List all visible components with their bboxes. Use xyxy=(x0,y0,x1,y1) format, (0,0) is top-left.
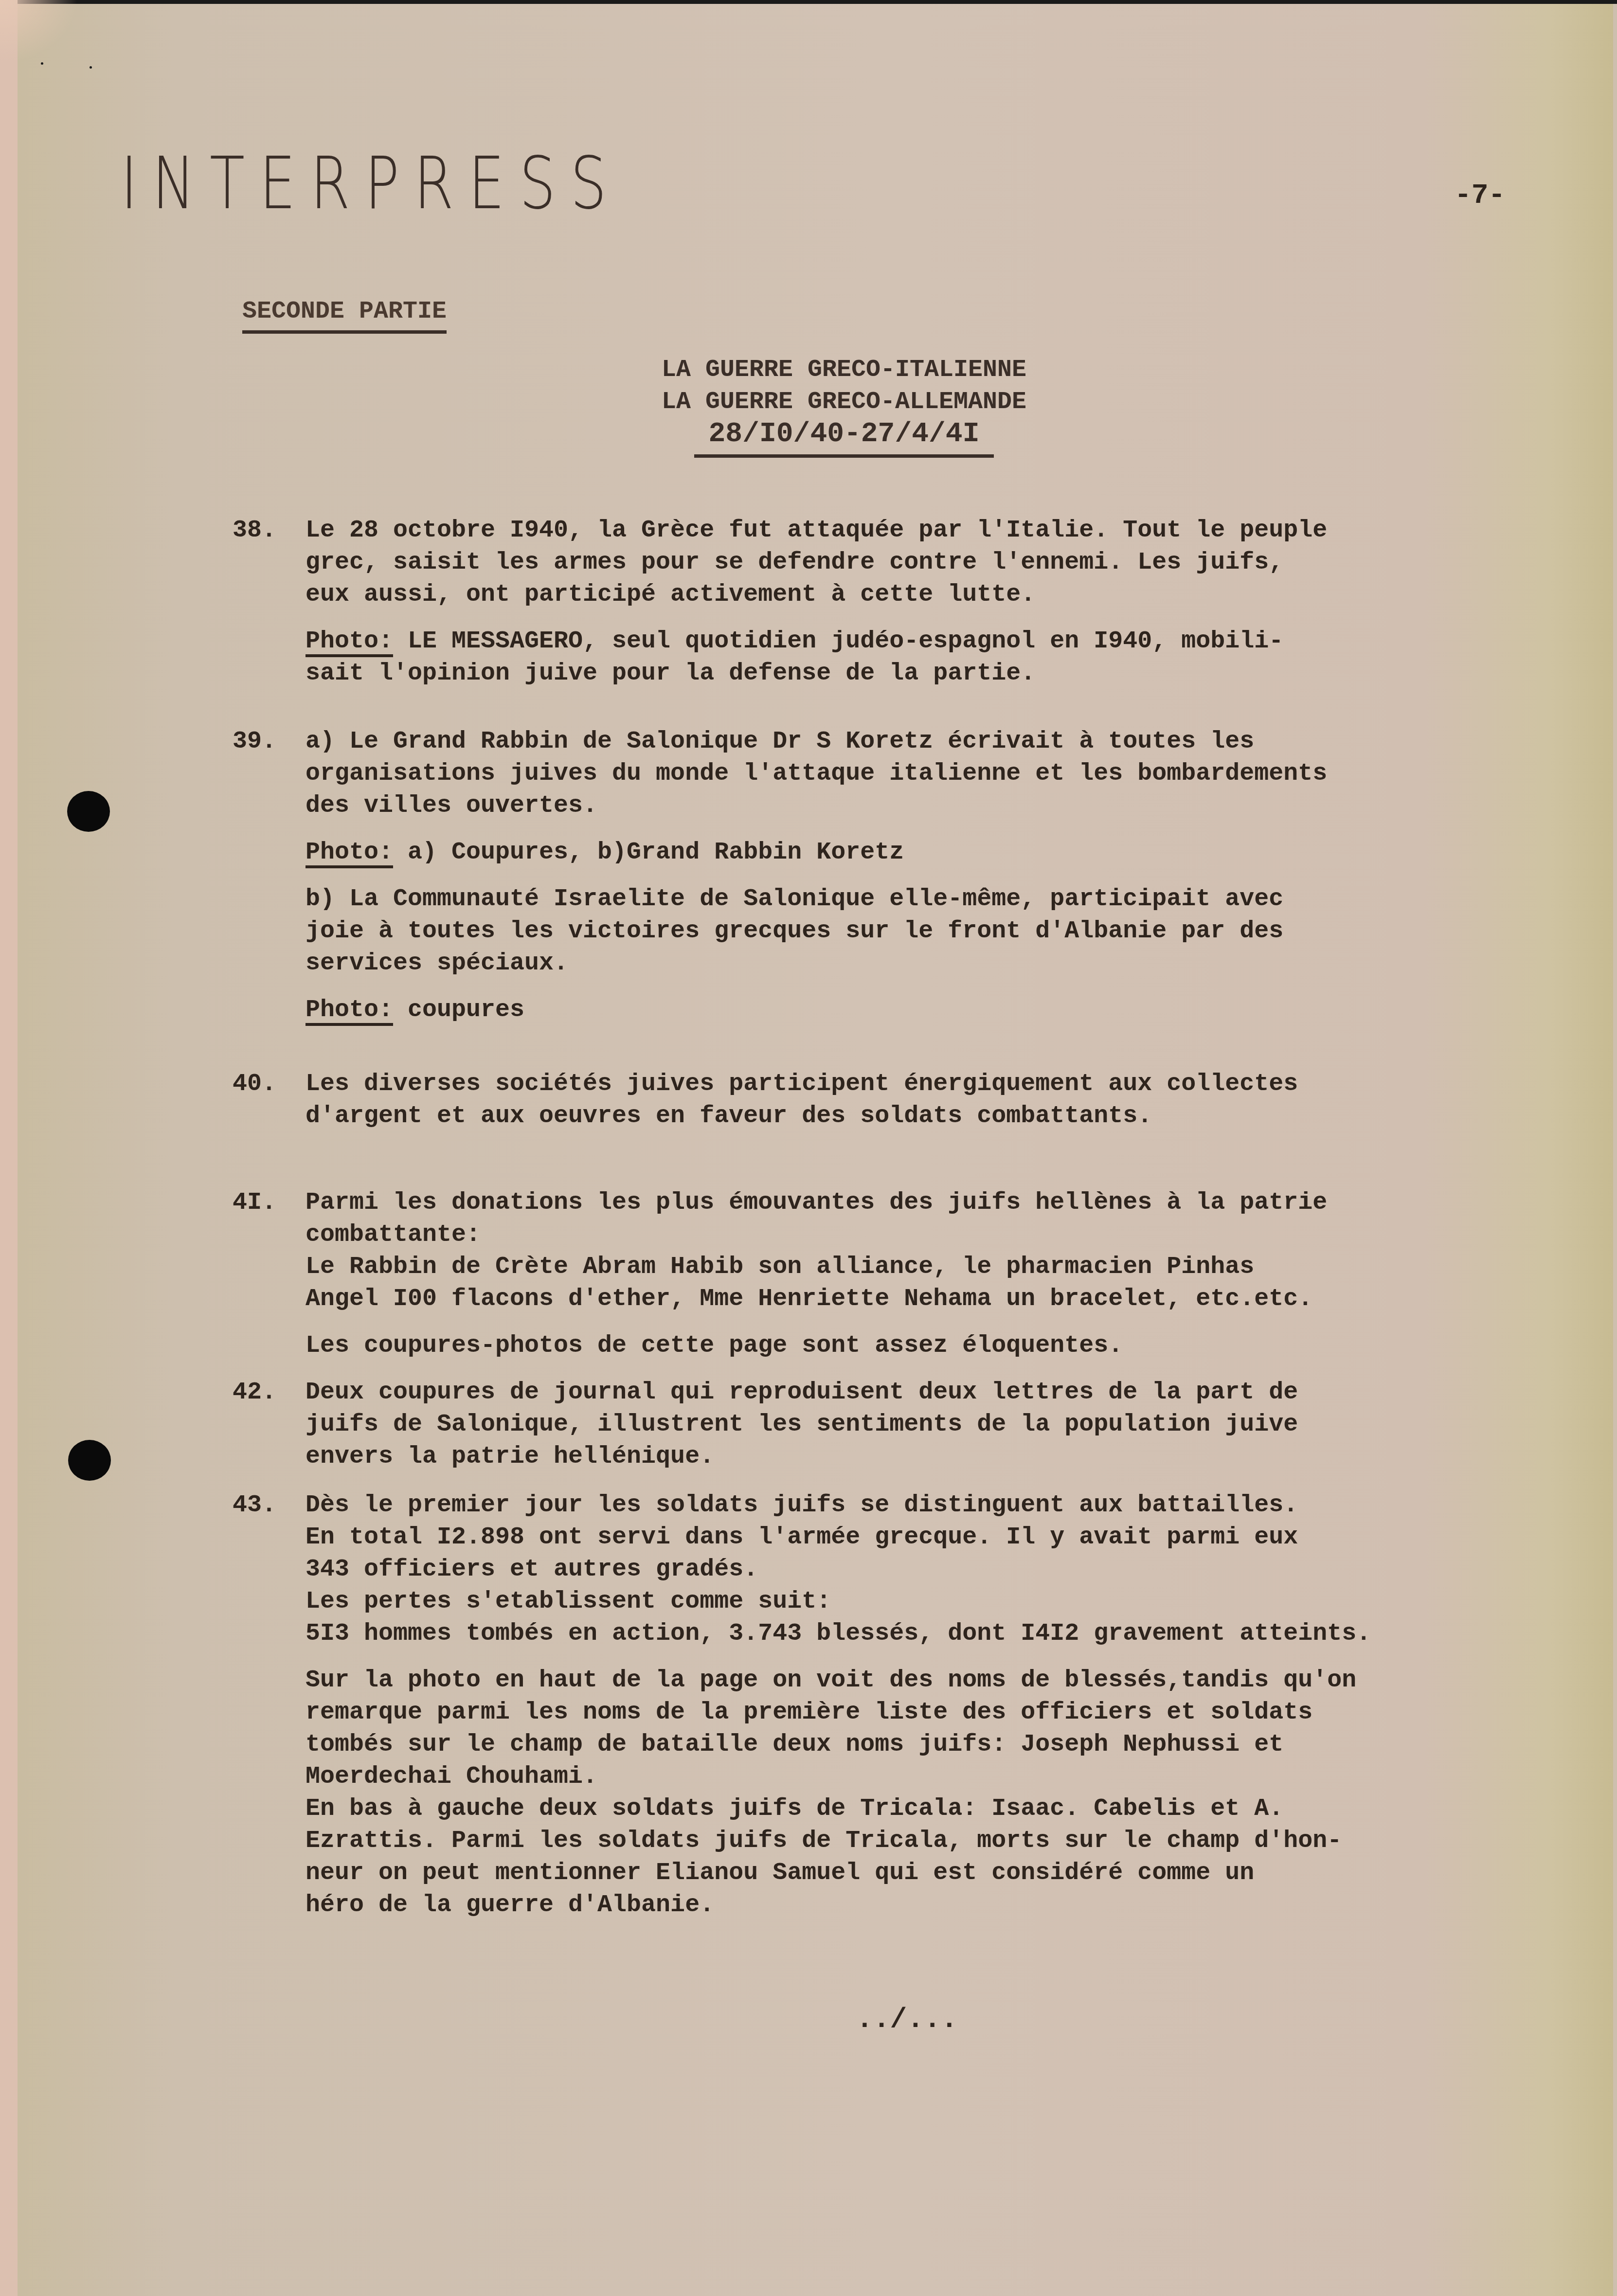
list-item: 39.a) Le Grand Rabbin de Salonique Dr S … xyxy=(233,726,1575,1026)
item-paragraph: Les diverses sociétés juives participent… xyxy=(305,1068,1575,1132)
paragraph-text: Parmi les donations les plus émouvantes … xyxy=(305,1189,1327,1313)
list-item: 40.Les diverses sociétés juives particip… xyxy=(233,1068,1575,1132)
chapter-title: LA GUERRE GRECO-ITALIENNE LA GUERRE GREC… xyxy=(625,354,1063,458)
binder-hole-icon xyxy=(67,791,110,832)
paragraph-text: a) Coupures, b)Grand Rabbin Koretz xyxy=(393,839,904,866)
item-number: 39. xyxy=(233,726,276,758)
item-number: 40. xyxy=(233,1068,276,1100)
photo-label: Photo: xyxy=(305,839,393,866)
item-paragraph: Sur la photo en haut de la page on voit … xyxy=(305,1665,1575,1921)
paragraph-text: Les coupures-photos de cette page sont a… xyxy=(305,1332,1123,1360)
paragraph-text: Dès le premier jour les soldats juifs se… xyxy=(305,1491,1371,1648)
paragraph-text: Les diverses sociétés juives participent… xyxy=(305,1070,1298,1130)
item-paragraph: Parmi les donations les plus émouvantes … xyxy=(305,1187,1575,1315)
photo-label: Photo: xyxy=(305,996,393,1024)
continuation-mark: ../... xyxy=(856,2004,958,2036)
title-line-1: LA GUERRE GRECO-ITALIENNE xyxy=(625,354,1063,386)
section-label: SECONDE PARTIE xyxy=(242,298,447,325)
list-item: 4I.Parmi les donations les plus émouvant… xyxy=(233,1187,1575,1362)
interpress-logo: INTERPRESS xyxy=(121,141,621,225)
ink-speck xyxy=(41,62,43,65)
scan-left-border xyxy=(0,0,18,2296)
ink-speck xyxy=(90,66,92,69)
item-body: Le 28 octobre I940, la Grèce fut attaqué… xyxy=(305,515,1575,690)
photo-label: Photo: xyxy=(305,628,393,655)
item-paragraph: Photo: LE MESSAGERO, seul quotidien judé… xyxy=(305,626,1575,690)
title-line-2: LA GUERRE GRECO-ALLEMANDE xyxy=(625,386,1063,418)
item-number: 4I. xyxy=(233,1187,276,1219)
item-paragraph: Photo: a) Coupures, b)Grand Rabbin Koret… xyxy=(305,837,1575,869)
item-paragraph: a) Le Grand Rabbin de Salonique Dr S Kor… xyxy=(305,726,1575,822)
list-item: 43.Dès le premier jour les soldats juifs… xyxy=(233,1489,1575,1921)
item-paragraph: Photo: coupures xyxy=(305,994,1575,1026)
paper-discoloration xyxy=(0,0,78,63)
item-body: a) Le Grand Rabbin de Salonique Dr S Kor… xyxy=(305,726,1575,1026)
item-number: 38. xyxy=(233,515,276,547)
paragraph-text: a) Le Grand Rabbin de Salonique Dr S Kor… xyxy=(305,728,1327,820)
item-paragraph: Dès le premier jour les soldats juifs se… xyxy=(305,1489,1575,1650)
paragraph-text: Le 28 octobre I940, la Grèce fut attaqué… xyxy=(305,517,1327,609)
document-page xyxy=(18,4,1613,2296)
scan-top-border xyxy=(0,0,1617,4)
page-number: -7- xyxy=(1455,180,1505,212)
item-body: Dès le premier jour les soldats juifs se… xyxy=(305,1489,1575,1921)
paragraph-text: Deux coupures de journal qui reproduisen… xyxy=(305,1379,1298,1471)
item-number: 43. xyxy=(233,1489,276,1522)
list-item: 38.Le 28 octobre I940, la Grèce fut atta… xyxy=(233,515,1575,690)
paragraph-text: Sur la photo en haut de la page on voit … xyxy=(305,1667,1356,1919)
item-paragraph: Les coupures-photos de cette page sont a… xyxy=(305,1330,1575,1362)
item-paragraph: b) La Communauté Israelite de Salonique … xyxy=(305,883,1575,980)
paragraph-text: LE MESSAGERO, seul quotidien judéo-espag… xyxy=(305,628,1283,687)
item-body: Parmi les donations les plus émouvantes … xyxy=(305,1187,1575,1362)
item-paragraph: Le 28 octobre I940, la Grèce fut attaqué… xyxy=(305,515,1575,611)
paragraph-text: b) La Communauté Israelite de Salonique … xyxy=(305,885,1283,977)
item-body: Deux coupures de journal qui reproduisen… xyxy=(305,1377,1575,1473)
paragraph-text: coupures xyxy=(393,996,524,1024)
list-item: 42.Deux coupures de journal qui reprodui… xyxy=(233,1377,1575,1473)
title-dates: 28/I0/40-27/4/4I xyxy=(694,418,994,458)
section-label-text: SECONDE PARTIE xyxy=(242,298,447,334)
item-number: 42. xyxy=(233,1377,276,1409)
binder-hole-icon xyxy=(68,1440,111,1481)
item-paragraph: Deux coupures de journal qui reproduisen… xyxy=(305,1377,1575,1473)
item-body: Les diverses sociétés juives participent… xyxy=(305,1068,1575,1132)
